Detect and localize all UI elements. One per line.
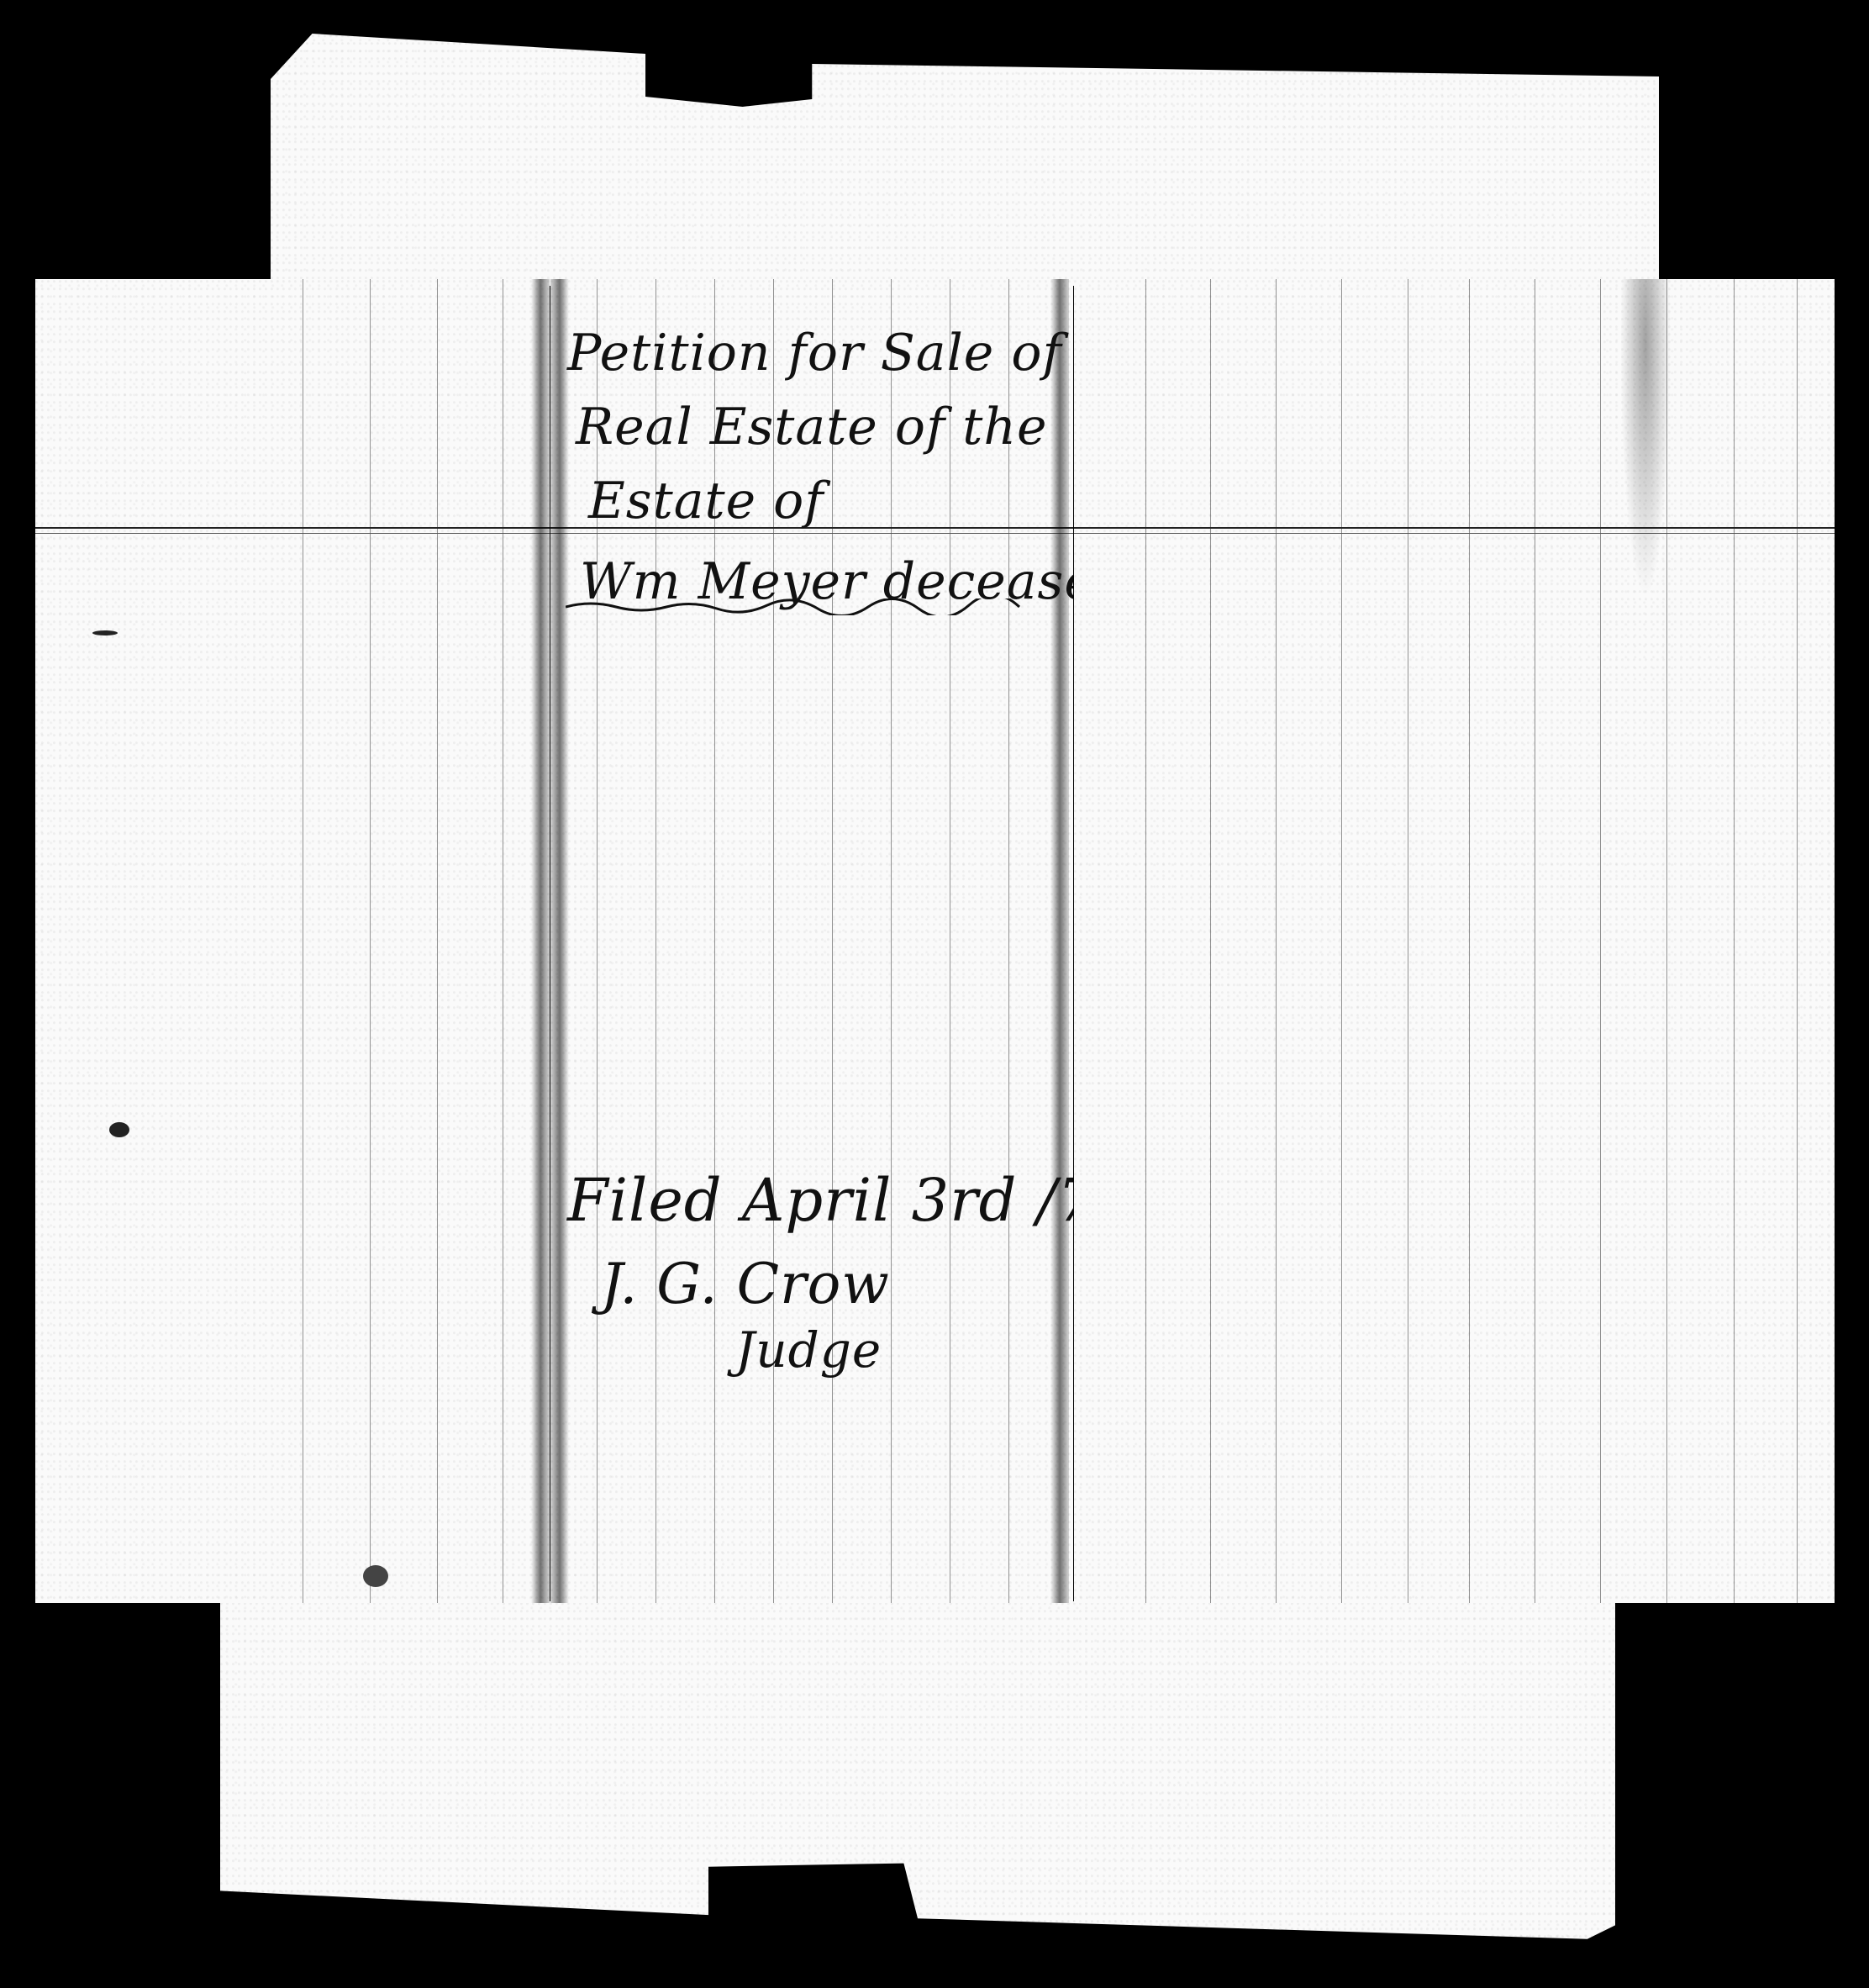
center-panel: Petition for Sale of Real Estate of the … <box>550 279 1073 1603</box>
filed-date: Filed April 3rd /77 <box>567 1166 1073 1235</box>
endorsement-line-3: Estate of <box>588 476 1073 526</box>
endorsement-line-2: Real Estate of the <box>576 402 1073 452</box>
left-panel <box>35 279 550 1603</box>
judge-title: Judge <box>735 1321 1073 1379</box>
endorsement-title: Petition for Sale of Real Estate of the … <box>567 328 1073 607</box>
ink-blot <box>363 1565 388 1587</box>
top-flap <box>271 34 1659 286</box>
judge-signature: J. G. Crow <box>601 1252 1073 1316</box>
wavy-underline <box>566 599 1036 615</box>
filing-endorsement: Filed April 3rd /77 J. G. Crow Judge <box>567 1166 1073 1379</box>
bottom-flap <box>220 1601 1615 1946</box>
endorsement-line-1: Petition for Sale of <box>567 328 1073 378</box>
ink-blot <box>109 1122 129 1137</box>
ink-blot <box>92 630 118 635</box>
stain <box>1620 279 1671 599</box>
right-panel <box>1074 279 1835 1603</box>
